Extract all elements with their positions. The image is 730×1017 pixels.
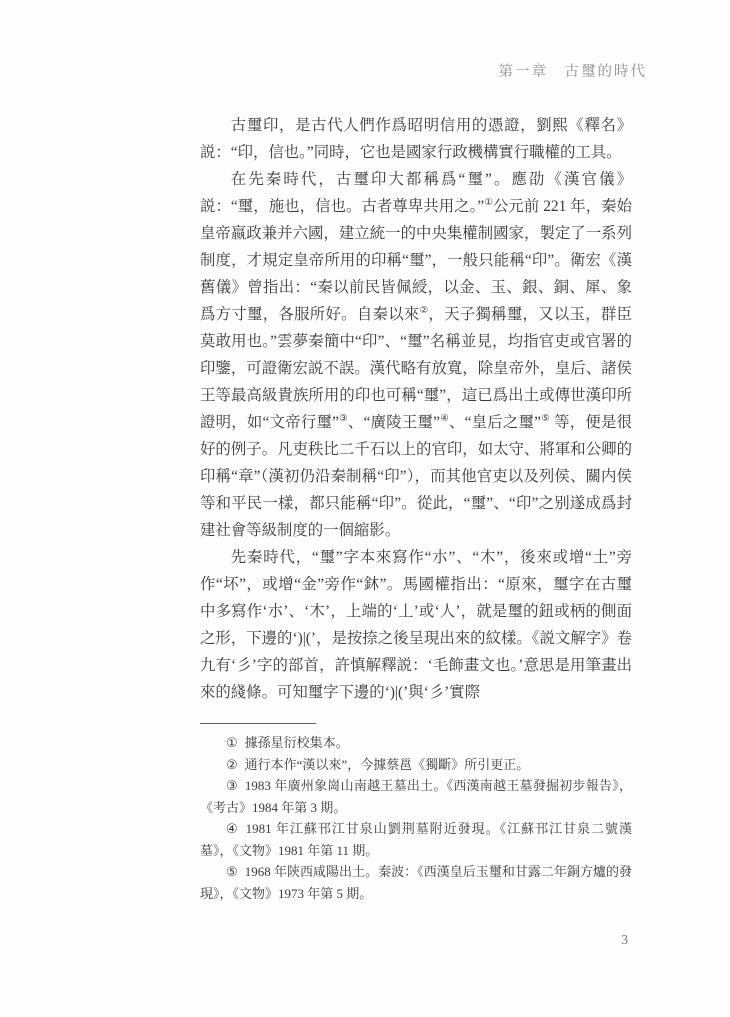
footnote-ref: ③ bbox=[339, 413, 348, 424]
footnote-3-marker: ③ bbox=[226, 778, 238, 793]
footnote-separator-rule bbox=[200, 723, 316, 724]
page-number: 3 bbox=[200, 932, 628, 948]
footnote-5: ⑤1968 年陝西咸陽出土。秦波：《西漢皇后玉璽和甘露二年銅方爐的發現》，《文物… bbox=[200, 861, 632, 904]
footnote-4: ④1981 年江蘇邗江甘泉山劉荆墓附近發現。《江蘇邗江甘泉二號漢墓》，《文物》1… bbox=[200, 818, 632, 861]
footnote-2-marker: ② bbox=[226, 757, 238, 772]
footnote-ref: ② bbox=[420, 305, 429, 316]
footnote-4-marker: ④ bbox=[226, 821, 239, 836]
footnote-2: ②通行本作“漢以來”，今據蔡邕《獨斷》所引更正。 bbox=[200, 754, 632, 776]
running-header-chapter-title: 第一章 古璽的時代 bbox=[200, 60, 647, 81]
footnote-4-text: 1981 年江蘇邗江甘泉山劉荆墓附近發現。《江蘇邗江甘泉二號漢墓》，《文物》19… bbox=[200, 821, 632, 858]
footnote-ref: ④ bbox=[440, 413, 449, 424]
footnote-3-text: 1983 年廣州象崗山南越王墓出土。《西漢南越王墓發掘初步報告》，《考古》198… bbox=[200, 778, 632, 815]
footnote-ref: ① bbox=[484, 197, 493, 208]
paragraph-2: 在先秦時代，古璽印大都稱爲“璽”。應劭《漢官儀》説：“璽，施也，信也。古者尊卑共… bbox=[200, 166, 632, 544]
footnotes-block: ①據孫星衍校集本。 ②通行本作“漢以來”，今據蔡邕《獨斷》所引更正。 ③1983… bbox=[200, 732, 632, 904]
book-page: 第一章 古璽的時代 古璽印，是古代人們作爲昭明信用的憑證，劉熙《釋名》説：“印，… bbox=[0, 0, 730, 1017]
footnote-1-text: 據孫星衍校集本。 bbox=[245, 735, 349, 750]
footnote-ref: ⑤ bbox=[541, 413, 550, 424]
footnote-1-marker: ① bbox=[226, 735, 238, 750]
footnote-3: ③1983 年廣州象崗山南越王墓出土。《西漢南越王墓發掘初步報告》，《考古》19… bbox=[200, 775, 632, 818]
footnote-1: ①據孫星衍校集本。 bbox=[200, 732, 632, 754]
paragraph-3: 先秦時代，“璽”字本來寫作“朩”、“木”，後來或增“土”旁作“坏”，或增“金”旁… bbox=[200, 544, 632, 706]
footnote-2-text: 通行本作“漢以來”，今據蔡邕《獨斷》所引更正。 bbox=[245, 757, 530, 772]
footnote-5-marker: ⑤ bbox=[226, 864, 238, 879]
body-text-block: 古璽印，是古代人們作爲昭明信用的憑證，劉熙《釋名》説：“印，信也。”同時，它也是… bbox=[200, 112, 632, 706]
footnote-5-text: 1968 年陝西咸陽出土。秦波：《西漢皇后玉璽和甘露二年銅方爐的發現》，《文物》… bbox=[200, 864, 632, 901]
paragraph-1: 古璽印，是古代人們作爲昭明信用的憑證，劉熙《釋名》説：“印，信也。”同時，它也是… bbox=[200, 112, 632, 166]
